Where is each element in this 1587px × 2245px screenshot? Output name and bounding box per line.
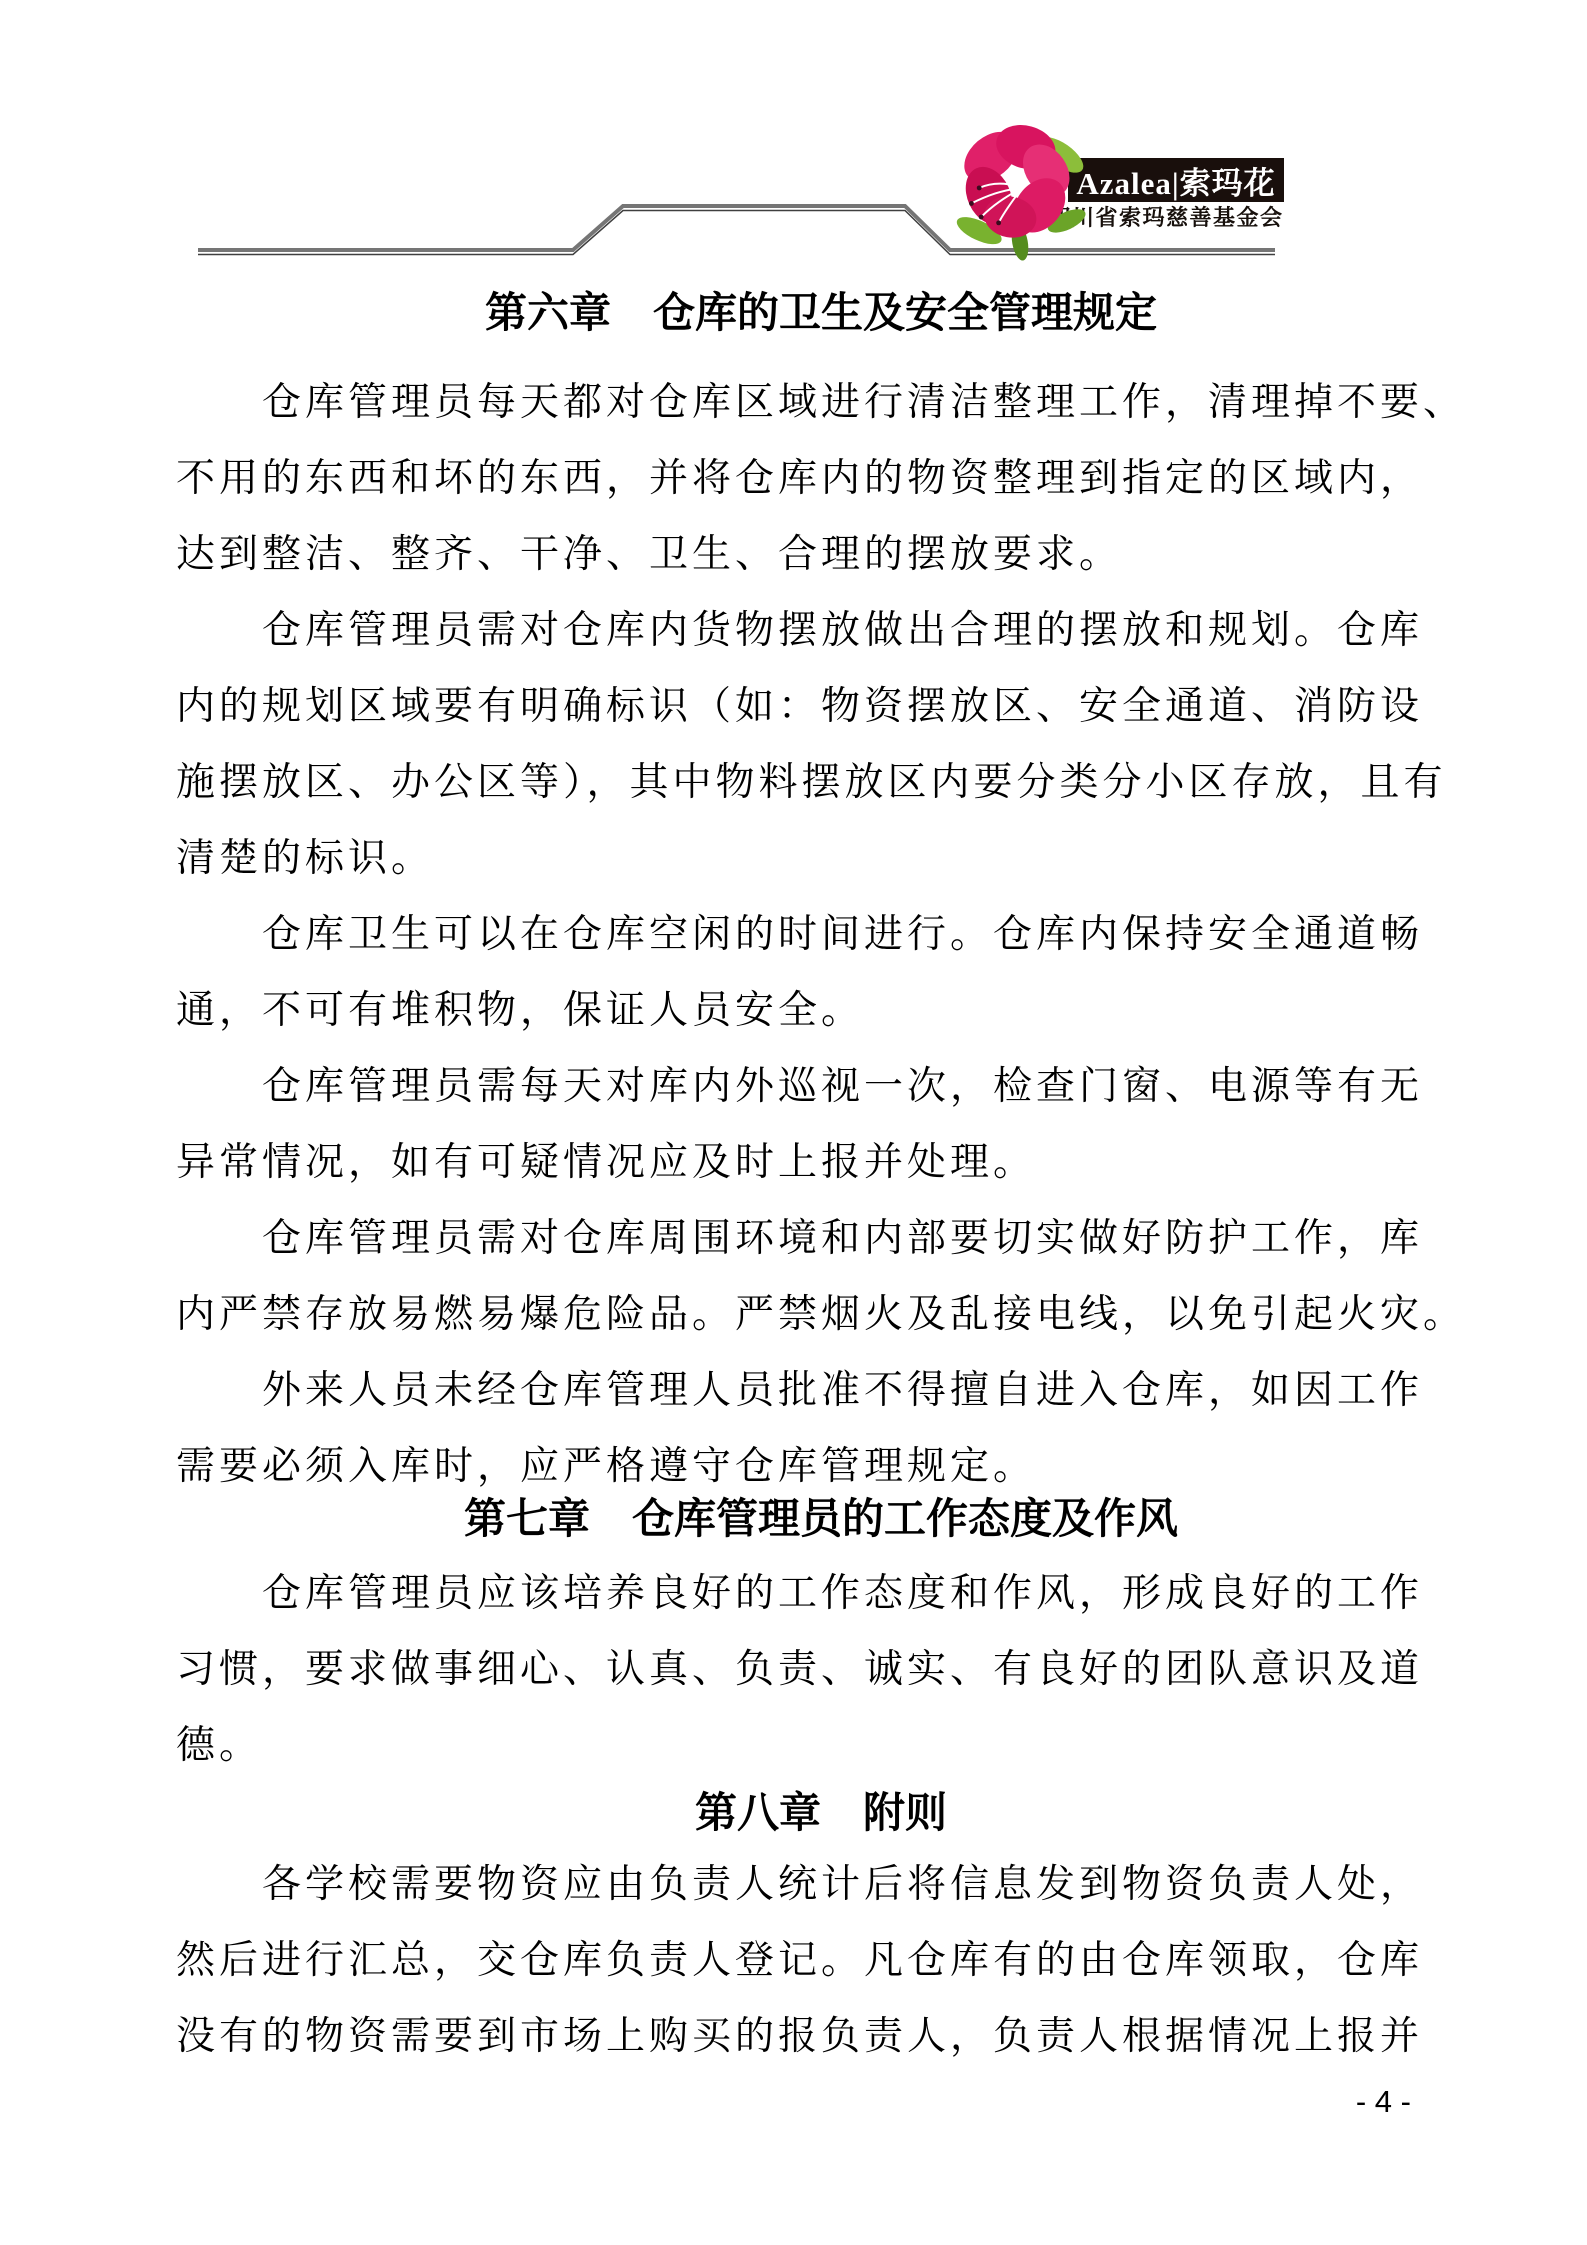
azalea-flower-icon bbox=[952, 106, 1088, 262]
paragraph: 仓库卫生可以在仓库空闲的时间进行。仓库内保持安全通道畅通，不可有堆积物，保证人员… bbox=[176, 897, 1466, 1049]
text-line: 不用的东西和坏的东西，并将仓库内的物资整理到指定的区域内， bbox=[176, 441, 1466, 517]
paragraph: 外来人员未经仓库管理人员批准不得擅自进入仓库，如因工作需要必须入库时，应严格遵守… bbox=[176, 1353, 1466, 1505]
paragraph: 仓库管理员需对仓库内货物摆放做出合理的摆放和规划。仓库内的规划区域要有明确标识（… bbox=[176, 593, 1466, 897]
document-content: 第六章 仓库的卫生及安全管理规定仓库管理员每天都对仓库区域进行清洁整理工作，清理… bbox=[176, 0, 1466, 2075]
chapter-heading: 第八章 附则 bbox=[176, 1787, 1466, 1839]
chapter-heading: 第六章 仓库的卫生及安全管理规定 bbox=[176, 287, 1466, 339]
text-line: 内的规划区域要有明确标识（如：物资摆放区、安全通道、消防设 bbox=[176, 669, 1466, 745]
text-line: 各学校需要物资应由负责人统计后将信息发到物资负责人处， bbox=[176, 1847, 1466, 1923]
text-line: 异常情况，如有可疑情况应及时上报并处理。 bbox=[176, 1125, 1466, 1201]
text-line: 外来人员未经仓库管理人员批准不得擅自进入仓库，如因工作 bbox=[176, 1353, 1466, 1429]
text-line: 没有的物资需要到市场上购买的报负责人，负责人根据情况上报并 bbox=[176, 1999, 1466, 2075]
text-line: 仓库管理员每天都对仓库区域进行清洁整理工作，清理掉不要、 bbox=[176, 365, 1466, 441]
text-line: 施摆放区、办公区等），其中物料摆放区内要分类分小区存放，且有 bbox=[176, 745, 1466, 821]
paragraph: 仓库管理员需每天对库内外巡视一次，检查门窗、电源等有无异常情况，如有可疑情况应及… bbox=[176, 1049, 1466, 1201]
page-number: - 4 - bbox=[1356, 2084, 1411, 2120]
text-line: 内严禁存放易燃易爆危险品。严禁烟火及乱接电线，以免引起火灾。 bbox=[176, 1277, 1466, 1353]
document-page: Azalea|索玛花 四川省索玛慈善基金会 第六章 仓库的卫生及安全管理规定仓库… bbox=[0, 0, 1587, 2245]
text-line: 习惯，要求做事细心、认真、负责、诚实、有良好的团队意识及道 bbox=[176, 1632, 1466, 1708]
text-line: 德。 bbox=[176, 1708, 1466, 1784]
text-line: 然后进行汇总，交仓库负责人登记。凡仓库有的由仓库领取，仓库 bbox=[176, 1923, 1466, 1999]
text-line: 清楚的标识。 bbox=[176, 821, 1466, 897]
paragraph: 仓库管理员应该培养良好的工作态度和作风，形成良好的工作习惯，要求做事细心、认真、… bbox=[176, 1556, 1466, 1784]
text-line: 仓库管理员需每天对库内外巡视一次，检查门窗、电源等有无 bbox=[176, 1049, 1466, 1125]
paragraph: 仓库管理员需对仓库周围环境和内部要切实做好防护工作，库内严禁存放易燃易爆危险品。… bbox=[176, 1201, 1466, 1353]
text-line: 仓库管理员应该培养良好的工作态度和作风，形成良好的工作 bbox=[176, 1556, 1466, 1632]
text-line: 仓库卫生可以在仓库空闲的时间进行。仓库内保持安全通道畅 bbox=[176, 897, 1466, 973]
paragraph: 仓库管理员每天都对仓库区域进行清洁整理工作，清理掉不要、不用的东西和坏的东西，并… bbox=[176, 365, 1466, 593]
text-line: 仓库管理员需对仓库内货物摆放做出合理的摆放和规划。仓库 bbox=[176, 593, 1466, 669]
paragraph: 各学校需要物资应由负责人统计后将信息发到物资负责人处，然后进行汇总，交仓库负责人… bbox=[176, 1847, 1466, 2075]
text-line: 通，不可有堆积物，保证人员安全。 bbox=[176, 973, 1466, 1049]
text-line: 达到整洁、整齐、干净、卫生、合理的摆放要求。 bbox=[176, 517, 1466, 593]
text-line: 仓库管理员需对仓库周围环境和内部要切实做好防护工作，库 bbox=[176, 1201, 1466, 1277]
